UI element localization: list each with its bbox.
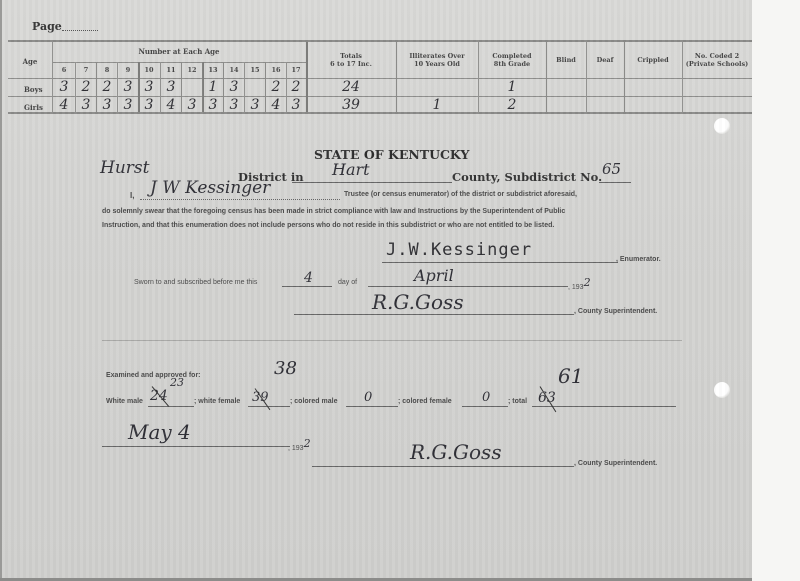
age-10: 10 [139, 66, 159, 74]
age-7: 7 [76, 66, 96, 74]
approval-year-suffix: 2 [304, 437, 311, 450]
boys-age-9: 3 [118, 79, 138, 95]
colored-female-line [462, 406, 508, 407]
sworn-label: Sworn to and subscribed before me this [134, 279, 257, 286]
boys-age-17: 2 [286, 79, 306, 95]
enumerator-label: , Enumerator. [616, 256, 661, 263]
superintendent-label-2: , County Superintendent. [574, 460, 657, 467]
boys-age-16: 2 [266, 79, 286, 95]
girls-age-7: 3 [76, 97, 96, 113]
page-label: Page [32, 20, 62, 33]
colored-female-label: ; colored female [398, 398, 452, 405]
approval-year: , 1932 [288, 440, 311, 453]
census-table: Age Number at Each Age 6 7 8 9 10 11 12 … [8, 40, 752, 114]
white-female-label: ; white female [194, 398, 240, 405]
deaf-header: Deaf [586, 56, 624, 64]
approval-date: May 4 [128, 420, 191, 444]
boys-age-7: 2 [76, 79, 96, 95]
county-field-line [292, 182, 452, 183]
totals-header: Totals 6 to 17 Inc. [306, 52, 396, 68]
girls-age-8: 3 [97, 97, 117, 113]
subdistrict-field-line [599, 182, 631, 183]
age-17: 17 [286, 66, 306, 74]
i-label: I, [130, 191, 134, 200]
boys-age-11: 3 [161, 79, 181, 95]
age-header: Age [8, 58, 52, 66]
page-number-field[interactable] [62, 30, 98, 31]
white-male-corrected: 23 [170, 376, 184, 389]
trustee-field-line [140, 199, 340, 200]
oath-line-3: Instruction, and that this enumeration d… [102, 222, 554, 229]
boys-total: 24 [306, 79, 396, 95]
age-16: 16 [266, 66, 286, 74]
boys-age-14: 3 [224, 79, 244, 95]
age-14: 14 [224, 66, 244, 74]
enumerator-signature: J.W.Kessinger [386, 240, 532, 260]
trustee-text: Trustee (or census enumerator) of the di… [344, 191, 577, 198]
girls-age-11: 4 [161, 97, 181, 113]
sworn-month: April [414, 266, 454, 285]
census-form-paper: Page Age Number at Each Age 6 7 8 9 [0, 0, 752, 581]
superintendent-label-1: , County Superintendent. [574, 308, 657, 315]
sworn-year-suffix: 2 [584, 276, 591, 289]
girls-age-16: 4 [266, 97, 286, 113]
age-12: 12 [182, 66, 202, 74]
colored-female-value: 0 [482, 390, 490, 405]
illiterates-header: Illiterates Over 10 Years Old [396, 52, 478, 68]
age-9: 9 [118, 66, 138, 74]
age-15: 15 [245, 66, 265, 74]
girls-age-14: 3 [224, 97, 244, 113]
girls-completed-8th: 2 [478, 97, 546, 113]
number-at-each-age-header: Number at Each Age [52, 48, 306, 56]
punch-hole-top [714, 118, 730, 134]
girls-age-10: 3 [139, 97, 159, 113]
boys-age-8: 2 [97, 79, 117, 95]
age-13: 13 [203, 66, 223, 74]
girls-age-17: 3 [286, 97, 306, 113]
section-divider [102, 340, 682, 341]
colored-male-line [346, 406, 398, 407]
superintendent-line-1 [294, 314, 574, 315]
boys-age-10: 3 [139, 79, 159, 95]
girls-illiterates: 1 [396, 97, 478, 113]
superintendent-signature-2: R.G.Goss [410, 440, 502, 464]
boys-age-13: 1 [203, 79, 223, 95]
punch-hole-bottom [714, 382, 730, 398]
oath-line-2: do solemnly swear that the foregoing cen… [102, 208, 565, 215]
girls-age-9: 3 [118, 97, 138, 113]
county-subdistrict-label: County, Subdistrict No. [452, 170, 602, 184]
enumerator-line [382, 262, 618, 263]
private-schools-header: No. Coded 2 (Private Schools) [682, 52, 752, 68]
white-male-label: White male [106, 398, 143, 405]
completed-8th-grade-header: Completed 8th Grade [478, 52, 546, 68]
age-11: 11 [161, 66, 181, 74]
girls-age-12: 3 [182, 97, 202, 113]
girls-age-6: 4 [54, 97, 74, 113]
total-corrected: 61 [558, 364, 583, 388]
crippled-header: Crippled [624, 56, 682, 64]
girls-age-15: 3 [245, 97, 265, 113]
day-of-label: day of [338, 279, 357, 286]
colored-male-label: ; colored male [290, 398, 337, 405]
white-male-line [148, 406, 194, 407]
age-6: 6 [54, 66, 74, 74]
boys-age-6: 3 [54, 79, 74, 95]
examined-label: Examined and approved for: [106, 372, 201, 379]
age-8: 8 [97, 66, 117, 74]
white-female-corrected: 38 [274, 358, 297, 379]
boys-row-label: Boys [24, 85, 43, 94]
superintendent-line-2 [312, 466, 574, 467]
superintendent-signature-1: R.G.Goss [372, 290, 464, 314]
girls-row-label: Girls [24, 103, 43, 112]
sworn-day: 4 [304, 270, 313, 286]
boys-completed-8th: 1 [478, 79, 546, 95]
scan-margin [752, 0, 800, 581]
sworn-month-line [368, 286, 568, 287]
girls-age-13: 3 [203, 97, 223, 113]
sworn-day-line [282, 286, 332, 287]
girls-total: 39 [306, 97, 396, 113]
approval-date-line [102, 446, 290, 447]
blind-header: Blind [546, 56, 586, 64]
trustee-name: J W Kessinger [150, 178, 270, 198]
total-label: ; total [508, 398, 527, 405]
sworn-year-prefix: , 1932 [568, 279, 591, 292]
county-name: Hart [332, 160, 370, 179]
colored-male-value: 0 [364, 390, 372, 405]
subdistrict-number: 65 [602, 160, 621, 178]
district-name: Hurst [100, 158, 149, 178]
